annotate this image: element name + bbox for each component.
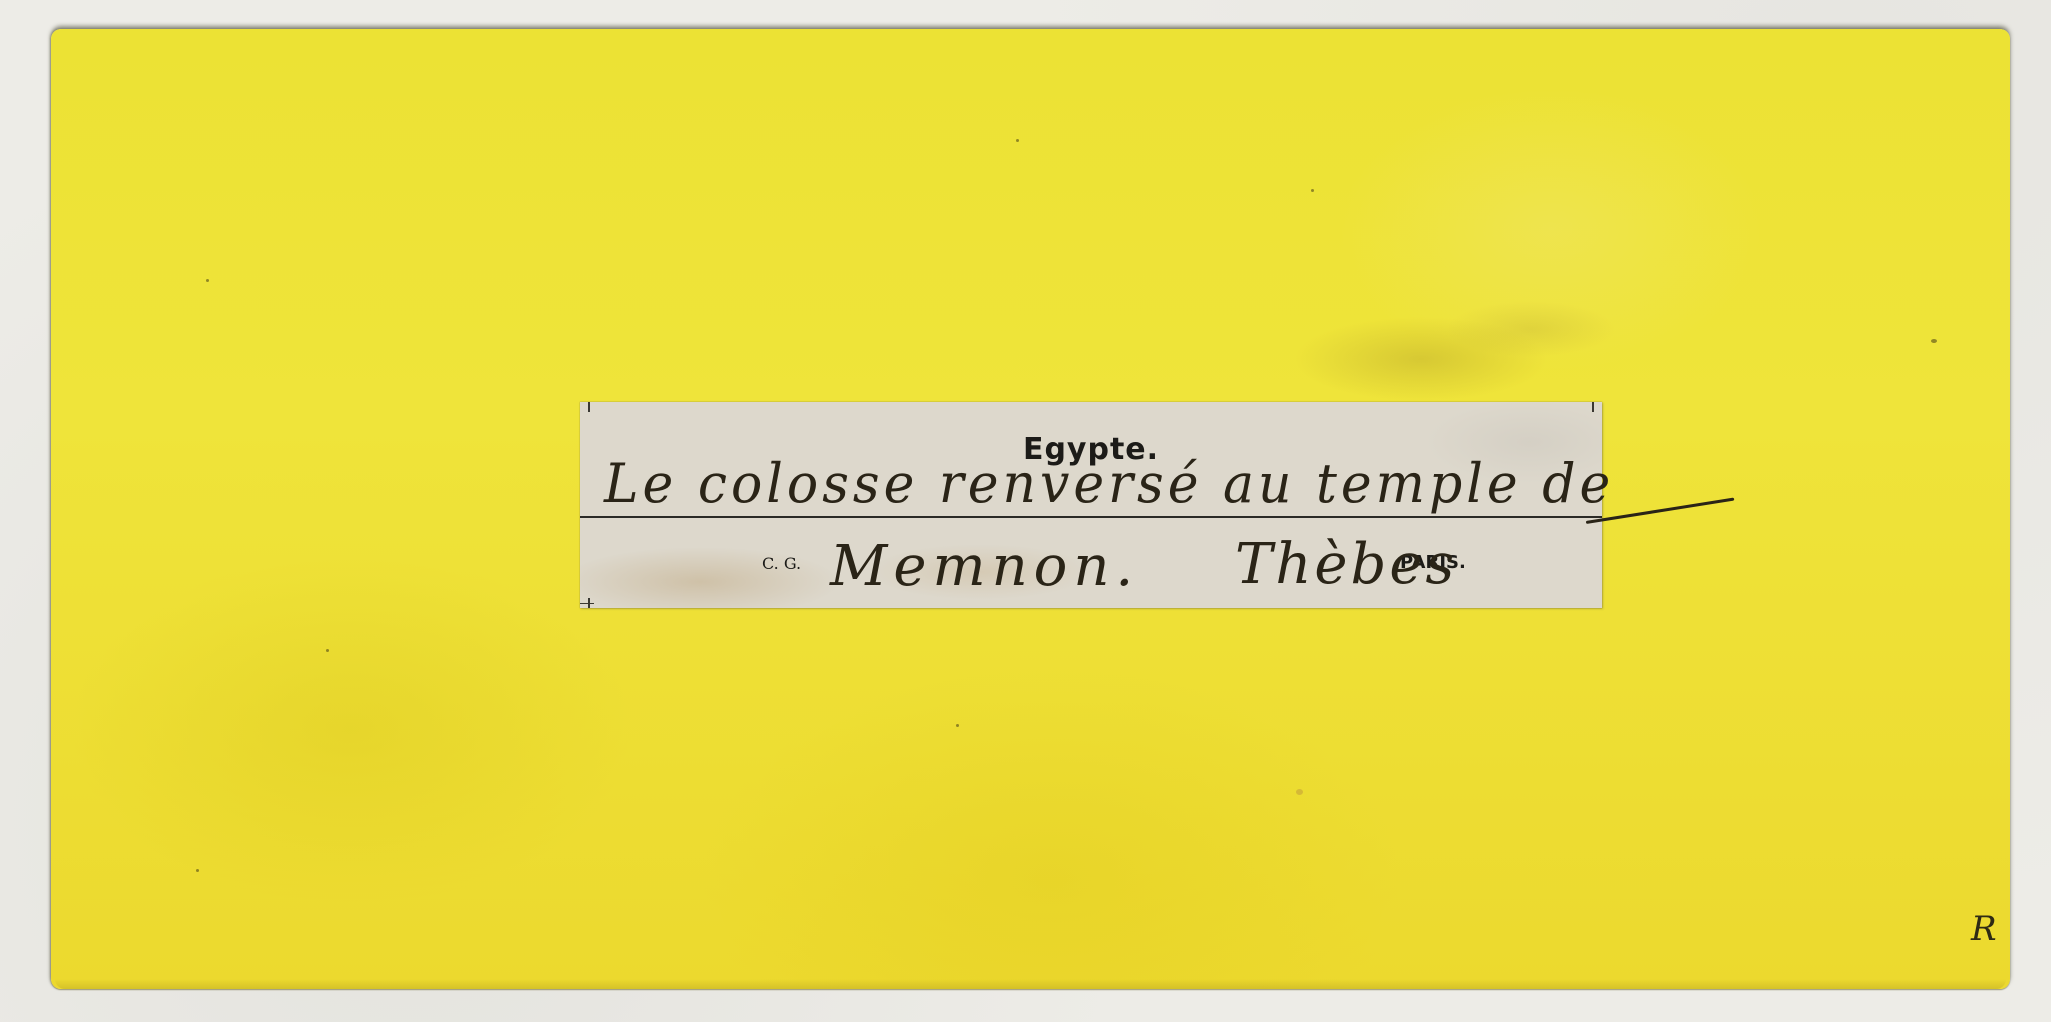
speck <box>956 724 959 727</box>
speck <box>326 649 329 652</box>
speck <box>1296 789 1303 795</box>
speck <box>1311 189 1314 192</box>
stereoview-card: Egypte. C. G. PARIS. Le colosse renversé… <box>51 29 2010 989</box>
crop-mark <box>580 603 594 604</box>
corner-mark: R <box>1971 909 1997 949</box>
speck <box>196 869 199 872</box>
card-edge-shading <box>55 979 2006 989</box>
printed-label: Egypte. C. G. PARIS. Le colosse renversé… <box>580 402 1602 608</box>
label-rule-line <box>580 516 1602 518</box>
publisher-initials: C. G. <box>762 554 801 573</box>
speck <box>1931 339 1937 343</box>
crop-mark <box>588 402 590 412</box>
handwritten-caption-thebes: Thèbes <box>1235 532 1457 597</box>
speck <box>1016 139 1019 142</box>
speck <box>206 279 209 282</box>
handwritten-caption-line1: Le colosse renversé au temple de <box>604 453 1614 516</box>
handwritten-caption-memnon: Memnon. <box>830 534 1139 599</box>
crop-mark <box>1592 402 1594 412</box>
